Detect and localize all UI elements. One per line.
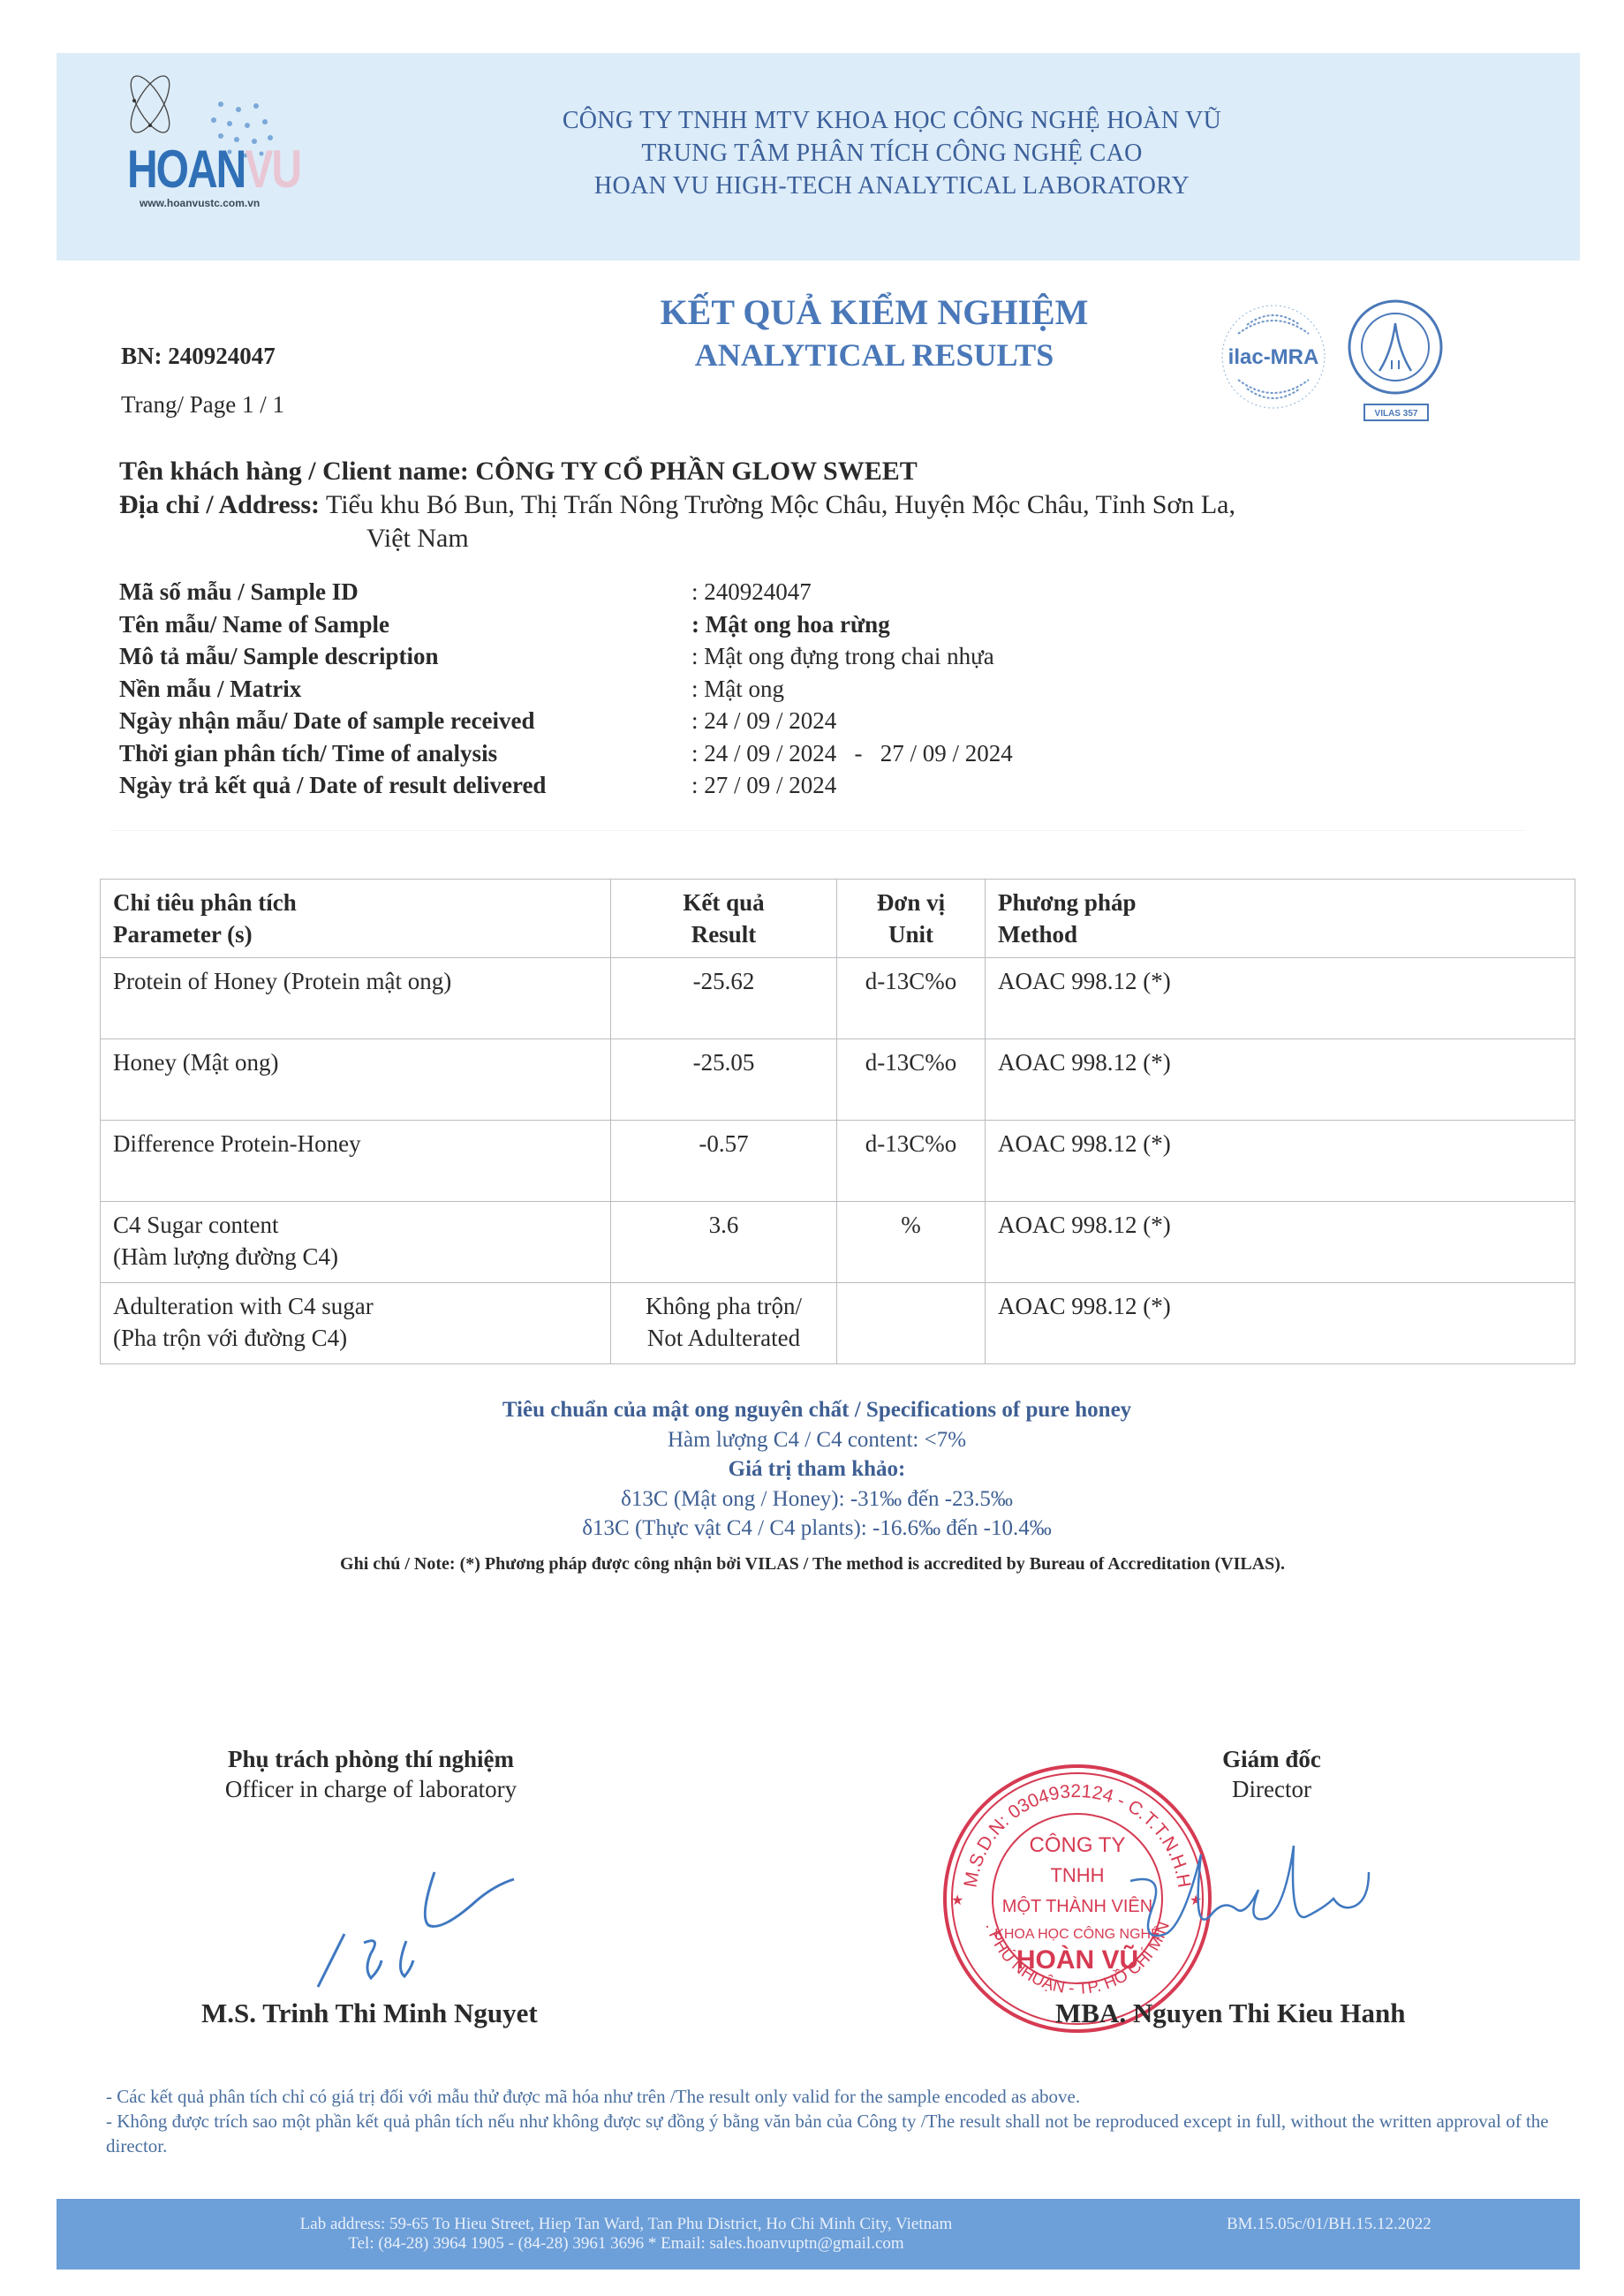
cell-result: -25.05 (611, 1039, 837, 1121)
accreditation-note: Ghi chú / Note: (*) Phương pháp được côn… (132, 1554, 1492, 1575)
boa-vietnam-icon: VILAS 357 (1349, 301, 1441, 420)
center-name-vi: TRUNG TÂM PHÂN TÍCH CÔNG NGHỆ CAO (495, 137, 1289, 170)
client-address-value: Tiểu khu Bó Bun, Thị Trấn Nông Trường Mộ… (326, 490, 1235, 519)
client-block: Tên khách hàng / Client name: CÔNG TY CỔ… (119, 455, 1235, 555)
cell-unit: d-13C%o (837, 1121, 986, 1202)
specs-c4-plants-reference: δ13C (Thực vật C4 / C4 plants): -16.6‰ đ… (353, 1514, 1280, 1544)
cell-unit: d-13C%o (837, 958, 986, 1039)
client-address-continued: Việt Nam (119, 522, 1235, 555)
cell-result: -25.62 (611, 958, 837, 1039)
footer-contact: Lab address: 59-65 To Hieu Street, Hiep … (295, 2215, 957, 2254)
logo-website: www.hoanvustc.com.vn (140, 197, 260, 209)
divider (110, 830, 1523, 831)
cell-parameter: Honey (Mật ong) (101, 1039, 611, 1121)
cell-unit: % (837, 1202, 986, 1283)
header-result: Kết quảResult (611, 880, 837, 958)
header-parameter: Chỉ tiêu phân tíchParameter (s) (101, 880, 611, 958)
director-name: MBA. Nguyen Thi Kieu Hanh (1055, 1998, 1406, 2029)
page-indicator: Trang/ Page 1 / 1 (121, 391, 284, 419)
lab-address: Lab address: 59-65 To Hieu Street, Hiep … (295, 2215, 957, 2234)
title-en: ANALYTICAL RESULTS (565, 334, 1183, 376)
results-table: Chỉ tiêu phân tíchParameter (s) Kết quảR… (100, 879, 1575, 1364)
director-signature-icon (1104, 1837, 1386, 1978)
sample-info-row: Ngày trả kết quả / Date of result delive… (119, 769, 1013, 802)
header-method: Phương phápMethod (986, 880, 1575, 958)
svg-text:TNHH: TNHH (1050, 1864, 1104, 1886)
logo-wordmark: HOANVU (127, 140, 300, 200)
specs-title: Tiêu chuẩn của mật ong nguyên chất / Spe… (353, 1395, 1280, 1425)
disclaimer-item: - Không được trích sao một phần kết quả … (106, 2109, 1554, 2158)
table-row: Honey (Mật ong) -25.05 d-13C%o AOAC 998.… (101, 1039, 1575, 1121)
sample-info: Mã số mẫu / Sample ID: 240924047 Tên mẫu… (119, 576, 1013, 802)
cell-parameter: Difference Protein-Honey (101, 1121, 611, 1202)
specs-reference-title: Giá trị tham khảo: (353, 1454, 1280, 1484)
client-name-value: CÔNG TY CỔ PHẦN GLOW SWEET (475, 457, 917, 486)
table-row: Difference Protein-Honey -0.57 d-13C%o A… (101, 1121, 1575, 1202)
client-address-row: Địa chỉ / Address: Tiểu khu Bó Bun, Thị … (119, 488, 1235, 522)
cell-result: 3.6 (611, 1202, 837, 1283)
svg-text:ilac-MRA: ilac-MRA (1228, 345, 1319, 369)
client-address-label: Địa chỉ / Address: (119, 490, 320, 519)
sample-info-row: Mã số mẫu / Sample ID: 240924047 (119, 576, 1013, 608)
document-title: KẾT QUẢ KIỂM NGHIỆM ANALYTICAL RESULTS (565, 291, 1183, 376)
sample-info-row: Thời gian phân tích/ Time of analysis: 2… (119, 737, 1013, 770)
company-name-vi: CÔNG TY TNHH MTV KHOA HỌC CÔNG NGHỆ HOÀN… (495, 104, 1289, 137)
title-vi: KẾT QUẢ KIỂM NGHIỆM (565, 291, 1183, 334)
client-name-label: Tên khách hàng / Client name: (119, 457, 469, 486)
cell-method: AOAC 998.12 (*) (986, 958, 1575, 1039)
svg-text:VILAS 357: VILAS 357 (1375, 409, 1418, 419)
batch-number: BN: 240924047 (121, 343, 276, 370)
pure-honey-specifications: Tiêu chuẩn của mật ong nguyên chất / Spe… (353, 1395, 1280, 1544)
cell-unit (837, 1283, 986, 1364)
lab-officer-signature-block: Phụ trách phòng thí nghiệm Officer in ch… (159, 1744, 583, 1804)
specs-c4-content: Hàm lượng C4 / C4 content: <7% (353, 1425, 1280, 1455)
cell-parameter: Protein of Honey (Protein mật ong) (101, 958, 611, 1039)
cell-method: AOAC 998.12 (*) (986, 1202, 1575, 1283)
lab-officer-role-en: Officer in charge of laboratory (159, 1774, 583, 1804)
ilac-mra-icon: ilac-MRA (1222, 306, 1325, 408)
table-row: Adulteration with C4 sugar(Pha trộn với … (101, 1283, 1575, 1364)
cell-method: AOAC 998.12 (*) (986, 1039, 1575, 1121)
sample-info-row: Ngày nhận mẫu/ Date of sample received: … (119, 705, 1013, 737)
disclaimer-item: - Các kết quả phân tích chỉ có giá trị đ… (106, 2084, 1554, 2109)
disclaimers: - Các kết quả phân tích chỉ có giá trị đ… (106, 2084, 1554, 2158)
lab-phone-email: Tel: (84-28) 3964 1905 - (84-28) 3961 36… (295, 2234, 957, 2254)
cell-result: Không pha trộn/Not Adulterated (611, 1283, 837, 1364)
sample-info-row: Mô tả mẫu/ Sample description: Mật ong đ… (119, 640, 1013, 673)
cell-method: AOAC 998.12 (*) (986, 1121, 1575, 1202)
lab-officer-name: M.S. Trinh Thi Minh Nguyet (201, 1998, 538, 2029)
client-name-row: Tên khách hàng / Client name: CÔNG TY CỔ… (119, 455, 1235, 488)
form-code: BM.15.05c/01/BH.15.12.2022 (1227, 2215, 1431, 2234)
table-header-row: Chỉ tiêu phân tíchParameter (s) Kết quảR… (101, 880, 1575, 958)
lab-name-en: HOAN VU HIGH-TECH ANALYTICAL LABORATORY (495, 170, 1289, 202)
sample-info-row: Tên mẫu/ Name of Sample: Mật ong hoa rừn… (119, 608, 1013, 641)
cell-parameter: C4 Sugar content(Hàm lượng đường C4) (101, 1202, 611, 1283)
table-row: C4 Sugar content(Hàm lượng đường C4) 3.6… (101, 1202, 1575, 1283)
cell-parameter: Adulteration with C4 sugar(Pha trộn với … (101, 1283, 611, 1364)
table-row: Protein of Honey (Protein mật ong) -25.6… (101, 958, 1575, 1039)
cell-unit: d-13C%o (837, 1039, 986, 1121)
cell-result: -0.57 (611, 1121, 837, 1202)
specs-honey-reference: δ13C (Mật ong / Honey): -31‰ đến -23.5‰ (353, 1484, 1280, 1514)
footer-band: Lab address: 59-65 To Hieu Street, Hiep … (57, 2199, 1580, 2270)
company-heading: CÔNG TY TNHH MTV KHOA HỌC CÔNG NGHỆ HOÀN… (495, 104, 1289, 202)
sample-info-row: Nền mẫu / Matrix: Mật ong (119, 673, 1013, 706)
lab-officer-role-vi: Phụ trách phòng thí nghiệm (159, 1744, 583, 1774)
header-unit: Đơn vịUnit (837, 880, 986, 958)
company-logo: HOANVU www.hoanvustc.com.vn (115, 69, 336, 219)
cell-method: AOAC 998.12 (*) (986, 1283, 1575, 1364)
accreditation-badges: ilac-MRA VILAS 357 (1219, 298, 1457, 427)
svg-text:★: ★ (951, 1893, 963, 1908)
lab-officer-signature-icon (283, 1837, 548, 1996)
